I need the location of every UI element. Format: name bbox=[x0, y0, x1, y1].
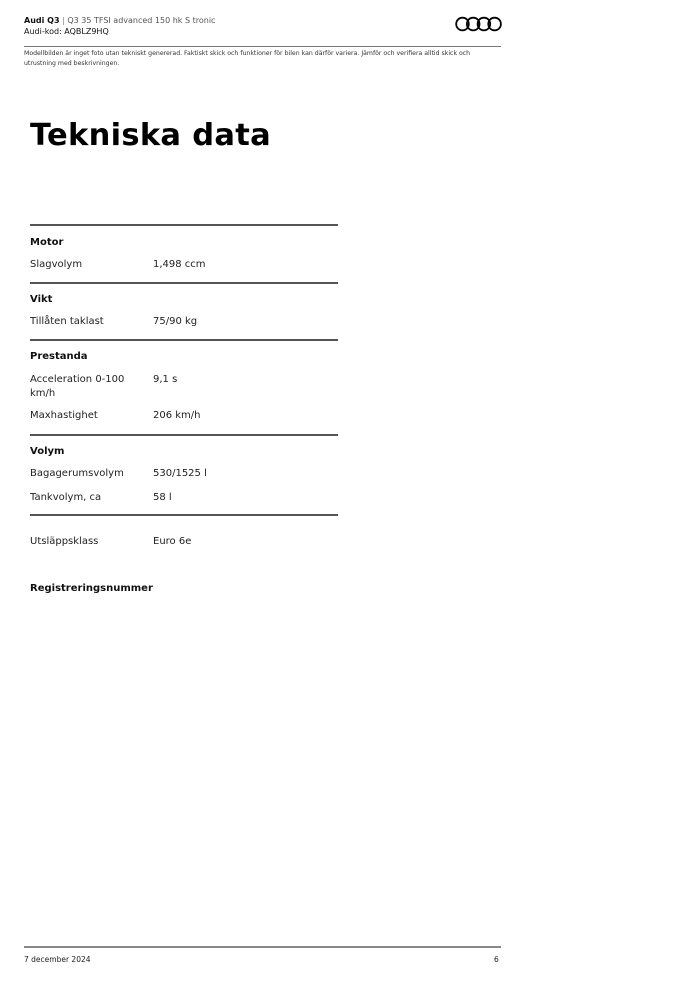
audi-code: Audi-kod: AQBLZ9HQ bbox=[24, 26, 109, 37]
page-title: Tekniska data bbox=[30, 117, 271, 155]
spec-value: Euro 6e bbox=[153, 535, 191, 549]
spec-value: 1,498 ccm bbox=[153, 258, 206, 272]
spec-label: Acceleration 0-100 km/h bbox=[30, 373, 142, 400]
section-heading-prestanda: Prestanda bbox=[30, 350, 88, 363]
spec-label: Tankvolym, ca bbox=[30, 491, 142, 505]
section-divider bbox=[30, 339, 338, 341]
vehicle-model: Audi Q3 bbox=[24, 16, 60, 25]
spec-value: 530/1525 l bbox=[153, 467, 207, 481]
page-number: 6 bbox=[494, 955, 499, 965]
section-divider bbox=[30, 282, 338, 284]
section-divider bbox=[30, 514, 338, 516]
section-heading-motor: Motor bbox=[30, 236, 63, 249]
section-divider bbox=[30, 224, 338, 226]
section-divider bbox=[30, 434, 338, 436]
footer-divider bbox=[24, 946, 501, 948]
model-image-disclaimer: Modellbilden är inget foto utan tekniskt… bbox=[24, 49, 504, 68]
spec-value: 9,1 s bbox=[153, 373, 177, 387]
footer-date: 7 december 2024 bbox=[24, 955, 91, 965]
spec-value: 75/90 kg bbox=[153, 315, 197, 329]
spec-value: 58 l bbox=[153, 491, 172, 505]
audi-four-rings-logo-icon bbox=[455, 16, 502, 32]
section-heading-volym: Volym bbox=[30, 445, 64, 458]
spec-label: Slagvolym bbox=[30, 258, 142, 272]
section-heading-vikt: Vikt bbox=[30, 293, 52, 306]
spec-label: Utsläppsklass bbox=[30, 535, 142, 549]
registration-heading: Registreringsnummer bbox=[30, 582, 153, 595]
title-separator: | bbox=[62, 16, 65, 25]
vehicle-variant: Q3 35 TFSI advanced 150 hk S tronic bbox=[67, 16, 215, 25]
vehicle-title: Audi Q3 | Q3 35 TFSI advanced 150 hk S t… bbox=[24, 15, 215, 26]
spec-label: Tillåten taklast bbox=[30, 315, 142, 329]
spec-value: 206 km/h bbox=[153, 409, 201, 423]
spec-label: Maxhastighet bbox=[30, 409, 142, 423]
header-divider bbox=[24, 46, 501, 47]
spec-label: Bagagerumsvolym bbox=[30, 467, 142, 481]
